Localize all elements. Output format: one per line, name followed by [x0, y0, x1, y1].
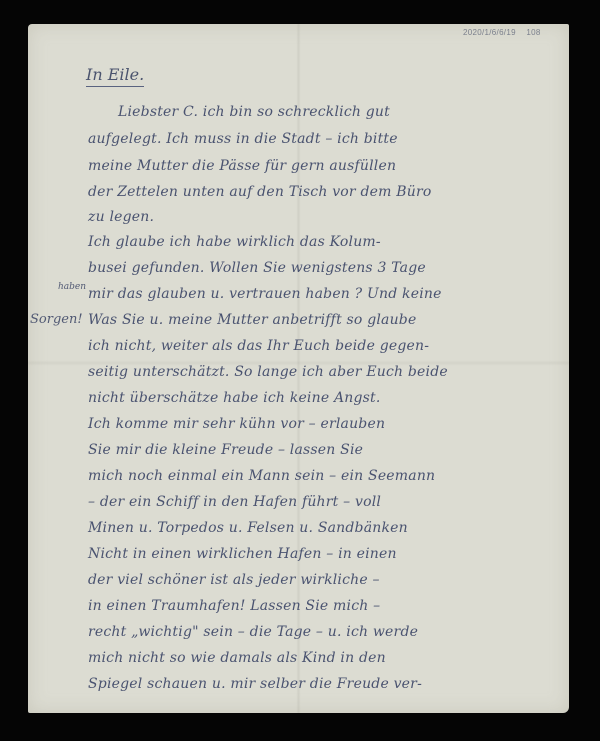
text-line: busei gefunden. Wollen Sie wenigstens 3 …	[88, 260, 426, 276]
text-line: Was Sie u. meine Mutter anbetrifft so gl…	[88, 312, 416, 328]
letter-page: 2020/1/6/6/19 108 In Eile. Liebster C. i…	[28, 24, 569, 713]
text-line: recht „wichtig" sein – die Tage – u. ich…	[88, 624, 418, 640]
margin-insertion: haben	[58, 282, 86, 292]
text-line: mich nicht so wie damals als Kind in den	[88, 650, 386, 666]
text-line: Minen u. Torpedos u. Felsen u. Sandbänke…	[88, 520, 408, 536]
text-line: seitig unterschätzt. So lange ich aber E…	[88, 364, 448, 380]
text-line: mir das glauben u. vertrauen haben ? Und…	[88, 286, 442, 302]
text-line: aufgelegt. Ich muss in die Stadt – ich b…	[88, 131, 398, 147]
text-line: mich noch einmal ein Mann sein – ein See…	[88, 468, 435, 484]
text-line: Liebster C. ich bin so schrecklich gut	[118, 104, 390, 120]
text-line: ich nicht, weiter als das Ihr Euch beide…	[88, 338, 429, 354]
margin-note-left: Sorgen!	[30, 312, 83, 327]
text-line: zu legen.	[88, 209, 154, 225]
archive-reference: 2020/1/6/6/19 108	[463, 28, 541, 37]
page-number: 108	[526, 28, 540, 37]
text-line: nicht überschätze habe ich keine Angst.	[88, 390, 381, 406]
text-line: Nicht in einen wirklichen Hafen – in ein…	[88, 546, 397, 562]
text-line: Sie mir die kleine Freude – lassen Sie	[88, 442, 363, 458]
text-line: Spiegel schauen u. mir selber die Freude…	[88, 676, 422, 692]
text-line: meine Mutter die Pässe für gern ausfülle…	[88, 158, 396, 174]
archive-number: 2020/1/6/6/19	[463, 28, 516, 37]
text-line: der viel schöner ist als jeder wirkliche…	[88, 572, 380, 588]
letter-heading: In Eile.	[86, 65, 144, 87]
text-line: der Zettelen unten auf den Tisch vor dem…	[88, 184, 431, 200]
text-line: Ich komme mir sehr kühn vor – erlauben	[88, 416, 385, 432]
text-line: – der ein Schiff in den Hafen führt – vo…	[88, 494, 381, 510]
text-line: Ich glaube ich habe wirklich das Kolum-	[88, 234, 381, 250]
text-line: in einen Traumhafen! Lassen Sie mich –	[88, 598, 380, 614]
